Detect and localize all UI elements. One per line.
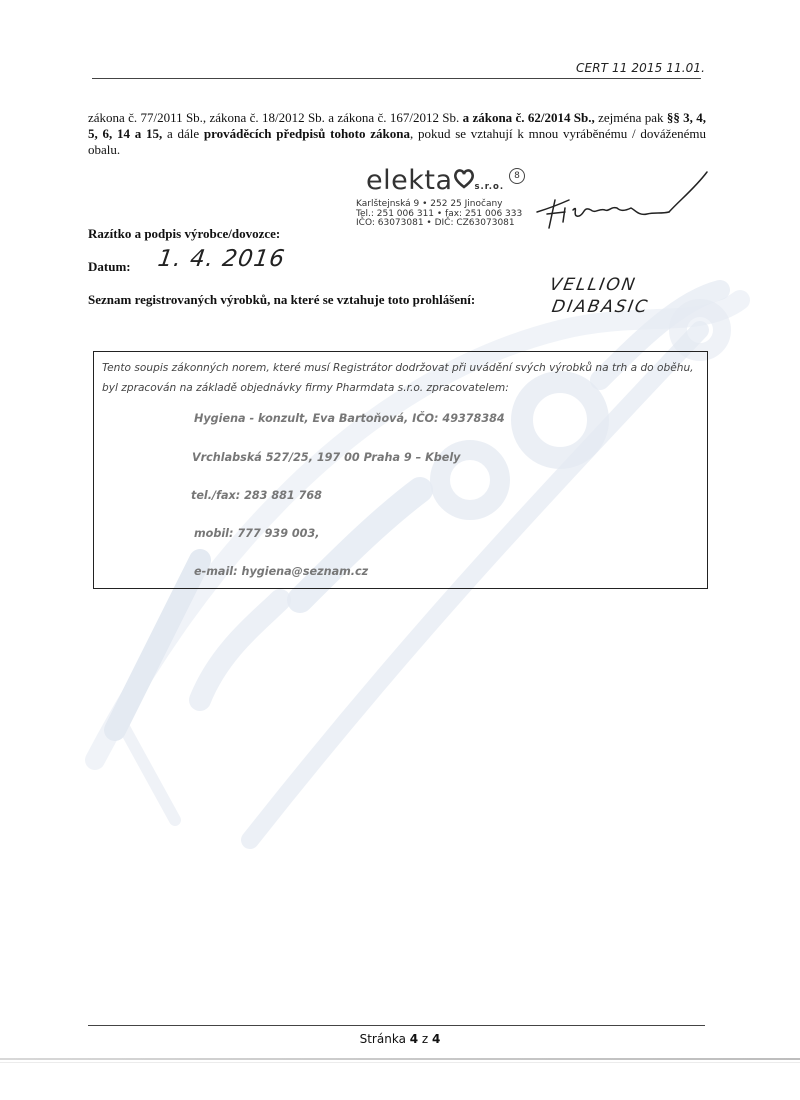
document-page: CERT 11 2015 11.01. zákona č. 77/2011 Sb… <box>0 0 800 1100</box>
para-seg-bold: prováděcích předpisů tohoto zákona <box>204 126 410 141</box>
handwritten-date: 1. 4. 2016 <box>156 246 287 272</box>
scan-page-edge-shadow <box>0 1062 800 1063</box>
para-seg: zejména pak <box>595 110 667 125</box>
compiler-mobile: mobil: 777 939 003, <box>194 527 320 540</box>
para-seg: zákona č. 77/2011 Sb., zákona č. 18/2012… <box>88 110 463 125</box>
page-sep: z <box>418 1032 432 1046</box>
para-seg: a dále <box>162 126 204 141</box>
legal-paragraph: zákona č. 77/2011 Sb., zákona č. 18/2012… <box>88 110 706 158</box>
registered-mark-icon: 8 <box>509 168 525 184</box>
current-page: 4 <box>410 1032 418 1046</box>
company-stamp: elektas.r.o. 8 Karlštejnská 9 • 252 25 J… <box>356 168 536 229</box>
product-entry: VELLION <box>548 274 655 296</box>
handwritten-signature <box>535 170 715 240</box>
page-number: Stránka 4 z 4 <box>0 1032 800 1046</box>
product-entry: DIABASIC <box>544 296 651 318</box>
compiler-phone: tel./fax: 283 881 768 <box>191 489 322 502</box>
para-seg-bold: a zákona č. 62/2014 Sb., <box>463 110 595 125</box>
products-label: Seznam registrovaných výrobků, na které … <box>88 292 475 308</box>
handwritten-products: VELLION DIABASIC <box>544 274 654 318</box>
header-divider <box>92 78 701 79</box>
heart-icon <box>453 169 475 189</box>
compiler-address: Vrchlabská 527/25, 197 00 Praha 9 – Kbel… <box>192 451 460 464</box>
compiler-info-box: Tento soupis zákonných norem, které musí… <box>93 351 708 589</box>
document-reference: CERT 11 2015 11.01. <box>576 61 705 75</box>
scan-page-edge <box>0 1058 800 1060</box>
page-prefix: Stránka <box>360 1032 410 1046</box>
compiler-name: Hygiena - konzult, Eva Bartoňová, IČO: 4… <box>194 412 505 425</box>
total-pages: 4 <box>432 1032 440 1046</box>
date-label: Datum: <box>88 259 131 275</box>
stamp-suffix: s.r.o. <box>475 182 505 192</box>
box-intro-text: Tento soupis zákonných norem, které musí… <box>102 358 702 398</box>
stamp-signature-label: Razítko a podpis výrobce/dovozce: <box>88 226 280 242</box>
compiler-email: e-mail: hygiena@seznam.cz <box>194 565 368 578</box>
stamp-ids: IČO: 63073081 • DIČ: CZ63073081 <box>356 219 536 229</box>
footer-divider <box>88 1025 705 1026</box>
stamp-logo-text: elekta <box>366 165 453 196</box>
